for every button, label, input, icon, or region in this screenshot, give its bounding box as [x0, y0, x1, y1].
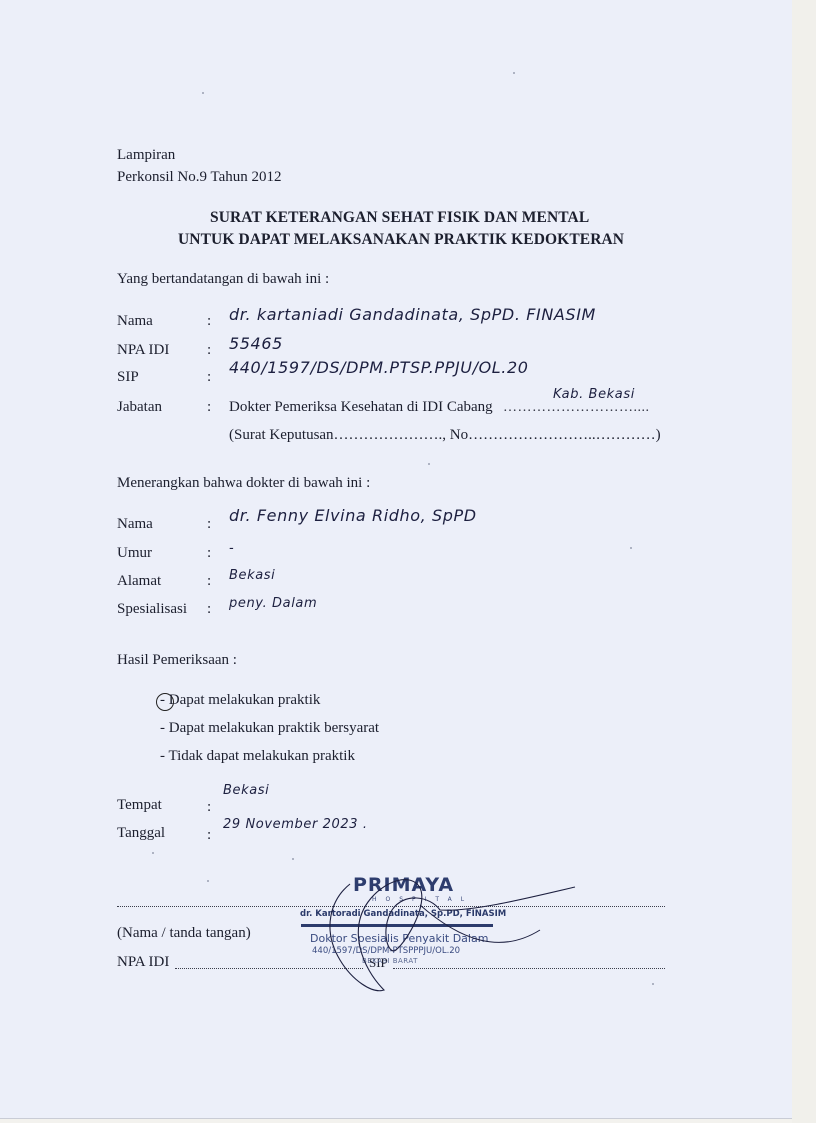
colon: :	[207, 573, 211, 590]
subject-intro: Menerangkan bahwa dokter di bawah ini :	[117, 475, 370, 492]
stamp-sip-number: 440/1597/DS/DPM-PTSPPPJU/OL.20	[312, 946, 460, 956]
jabatan-dotted-blank: ………………………....	[503, 400, 650, 416]
signatory-jabatan-label: Jabatan	[117, 399, 162, 416]
scan-edge	[792, 0, 816, 1123]
regulation-reference: Perkonsil No.9 Tahun 2012	[117, 169, 282, 186]
stamp-role: Doktor Spesialis Penyakit Dalam	[310, 932, 488, 945]
result-option-conditional: - Dapat melakukan praktik bersyarat	[160, 720, 379, 737]
signatory-name-label: Nama	[117, 313, 153, 330]
stamp-hospital-logo: PRIMAYA	[353, 874, 454, 896]
colon: :	[207, 601, 211, 618]
paper-speck	[428, 463, 430, 465]
result-label: Hasil Pemeriksaan :	[117, 652, 237, 669]
result-option-unable: - Tidak dapat melakukan praktik	[160, 748, 355, 765]
colon: :	[207, 369, 211, 386]
signatory-npa-label: NPA IDI	[117, 342, 169, 359]
subject-age-value: -	[229, 541, 234, 556]
npa-idi-label: NPA IDI	[117, 954, 169, 971]
jabatan-handwritten-branch: Kab. Bekasi	[553, 387, 635, 402]
result-option-able: - Dapat melakukan praktik	[160, 692, 320, 709]
colon: :	[207, 399, 211, 416]
paper-speck	[152, 852, 154, 854]
paper-speck	[202, 92, 204, 94]
paper-speck	[207, 880, 209, 882]
signatory-sip-value: 440/1597/DS/DPM.PTSP.PPJU/OL.20	[229, 358, 529, 377]
stamp-hospital-subtitle: HOSPITAL	[372, 896, 473, 903]
name-signature-label: (Nama / tanda tangan)	[117, 925, 251, 942]
subject-name-value: dr. Fenny Elvina Ridho, SpPD	[229, 506, 477, 525]
subject-address-value: Bekasi	[229, 568, 275, 583]
subject-specialization-label: Spesialisasi	[117, 601, 187, 618]
signatory-intro: Yang bertandatangan di bawah ini :	[117, 271, 329, 288]
paper-speck	[292, 858, 294, 860]
colon: :	[207, 799, 211, 816]
subject-specialization-value: peny. Dalam	[229, 596, 317, 611]
subject-address-label: Alamat	[117, 573, 161, 590]
stamp-divider	[301, 924, 493, 927]
subject-name-label: Nama	[117, 516, 153, 533]
date-label: Tanggal	[117, 825, 165, 842]
sip-dotted-blank	[393, 968, 665, 969]
document-title-line2: UNTUK DAPAT MELAKSANAKAN PRAKTIK KEDOKTE…	[178, 231, 624, 249]
subject-age-label: Umur	[117, 545, 152, 562]
colon: :	[207, 342, 211, 359]
colon: :	[207, 313, 211, 330]
place-label: Tempat	[117, 797, 162, 814]
colon: :	[207, 545, 211, 562]
date-value: 29 November 2023 .	[223, 817, 368, 832]
stamp-city: BEKASI BARAT	[362, 957, 418, 965]
paper-speck	[513, 72, 515, 74]
signature-dotted-line	[117, 906, 665, 907]
signatory-name-value: dr. kartaniadi Gandadinata, SpPD. FINASI…	[229, 305, 596, 324]
surat-keputusan-line: (Surat Keputusan…………………., No……………………..………	[229, 427, 661, 444]
document-title-line1: SURAT KETERANGAN SEHAT FISIK DAN MENTAL	[210, 209, 589, 227]
npa-dotted-blank	[175, 968, 363, 969]
colon: :	[207, 827, 211, 844]
signatory-npa-value: 55465	[229, 334, 283, 353]
colon: :	[207, 516, 211, 533]
attachment-label: Lampiran	[117, 147, 175, 164]
paper-speck	[630, 547, 632, 549]
stamp-doctor-name: dr. Kartoradi Gandadinata, Sp.PD, FINASI…	[300, 909, 506, 919]
signatory-sip-label: SIP	[117, 369, 139, 386]
signatory-jabatan-text: Dokter Pemeriksa Kesehatan di IDI Cabang	[229, 399, 493, 416]
paper-speck	[652, 983, 654, 985]
place-value: Bekasi	[223, 783, 269, 798]
